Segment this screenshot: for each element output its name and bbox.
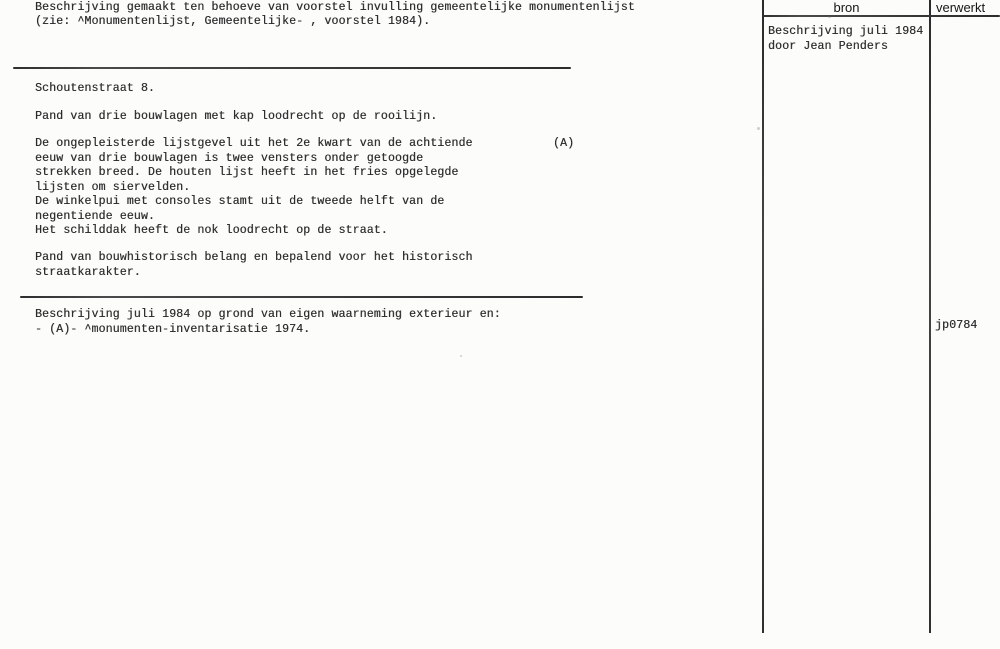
source-annotation-a: (A): [553, 137, 574, 152]
bron-entry: Beschrijving juli 1984 door Jean Penders: [768, 25, 928, 54]
facade-description-paragraph: De ongepleisterde lijstgevel uit het 2e …: [35, 137, 505, 239]
bron-column-header: bron: [764, 0, 929, 15]
significance-paragraph: Pand van bouwhistorisch belang en bepale…: [35, 251, 505, 280]
intro-note: Beschrijving gemaakt ten behoeve van voo…: [35, 1, 655, 28]
scan-speckle: [757, 127, 760, 130]
table-header-rule: [762, 15, 1000, 17]
building-massing-paragraph: Pand van drie bouwlagen met kap loodrech…: [35, 110, 495, 125]
scan-speckle: [828, 16, 831, 18]
source-note-paragraph: Beschrijving juli 1984 op grond van eige…: [35, 308, 535, 337]
scanned-document-page: Beschrijving gemaakt ten behoeve van voo…: [0, 0, 1000, 649]
bron-column-left-rule: [762, 0, 764, 633]
verwerkt-column-left-rule: [929, 0, 931, 633]
section-divider-top: [13, 67, 571, 69]
verwerkt-column-header: verwerkt: [936, 0, 1000, 15]
verwerkt-code: jp0784: [935, 319, 977, 334]
scan-speckle: [460, 355, 462, 357]
section-divider-bottom: [20, 296, 583, 298]
address-heading: Schoutenstraat 8.: [35, 82, 335, 97]
